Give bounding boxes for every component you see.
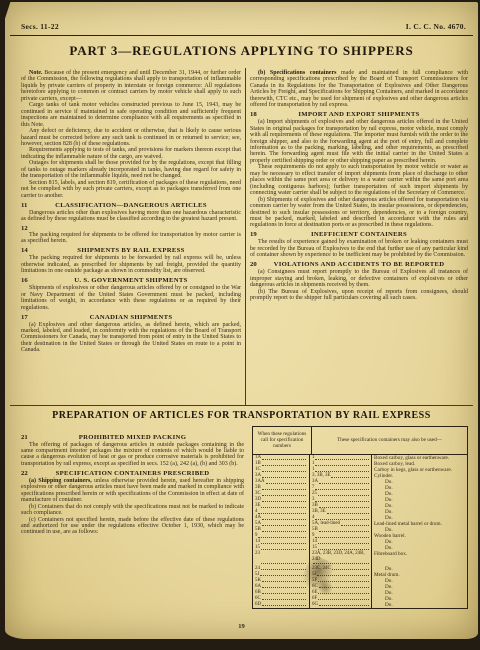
paragraph: (b) Shipments of explosives and other da… — [250, 197, 468, 229]
dotted-leader — [332, 566, 369, 571]
header-rule — [10, 35, 473, 36]
dotted-leader — [262, 596, 306, 601]
section-heading-16: 16U. S. GOVERNMENT SHIPMENTS — [21, 277, 241, 284]
paragraph: These requirements do not apply to such … — [250, 164, 468, 196]
dotted-leader — [341, 521, 369, 526]
specification-containers-table: When these regulations call for specific… — [252, 426, 468, 609]
dotted-leader — [262, 602, 306, 607]
running-header: Secs. 11-22 I. C. C. No. 4670. — [21, 22, 466, 31]
table-row: 6D6GDo. — [253, 602, 467, 608]
dotted-leader — [262, 527, 306, 532]
section-divider-rule — [10, 405, 473, 406]
paragraph: The packing required for shipments to be… — [21, 255, 241, 274]
paragraph: Any defect or deficiency, due to acciden… — [21, 128, 241, 147]
section-heading-text: U. S. GOVERNMENT SHIPMENTS — [74, 277, 187, 284]
section-heading-text: SPECIFICATION CONTAINERS PRESCRIBED — [56, 470, 210, 477]
section-heading-19: 19INEFFICIENT CONTAINERS — [250, 231, 468, 238]
section-heading-text: PROHIBITED MIXED PACKING — [79, 434, 186, 441]
dotted-leader — [262, 497, 306, 502]
dotted-leader — [261, 539, 306, 544]
dotted-leader — [331, 473, 369, 478]
section-heading-text: INEFFICIENT CONTAINERS — [311, 231, 407, 238]
section-heading-17: 17CANADIAN SHIPMENTS — [21, 314, 241, 321]
table-header-call-numbers: When these regulations call for specific… — [253, 427, 312, 454]
paragraph: Section 815, labels, and section 819, ce… — [21, 180, 241, 199]
section-heading-text: IMPORT AND EXPORT SHIPMENTS — [298, 111, 419, 118]
section-number: 16 — [21, 277, 28, 284]
paragraph-lead: (b) Specifications containers — [258, 70, 341, 76]
section-number: 11 — [21, 202, 27, 209]
section-heading-text: CLASSIFICATION—DANGEROUS ARTICLES — [55, 202, 207, 209]
dotted-leader — [261, 551, 306, 564]
section-heading-21: 21PROHIBITED MIXED PACKING — [21, 434, 244, 441]
dotted-leader — [319, 602, 369, 607]
paragraph: Outages for shipments shall be those pro… — [21, 160, 241, 179]
dotted-leader — [262, 473, 306, 478]
section-number: 12 — [21, 225, 241, 232]
table-row: 2323A, 23B, 23D, 24A, 24B, 24DFibreboard… — [253, 551, 467, 566]
dotted-leader — [315, 515, 369, 520]
header-icc-number: I. C. C. No. 4670. — [406, 22, 466, 31]
dotted-leader — [262, 590, 306, 595]
page-number: 19 — [5, 623, 478, 630]
dotted-leader — [319, 479, 369, 484]
section-number: 19 — [250, 231, 257, 238]
call-number-text: 6D — [255, 602, 261, 608]
header-sections-range: Secs. 11-22 — [21, 22, 59, 31]
dotted-leader — [315, 533, 369, 538]
left-column: Note. Because of the present emergency a… — [21, 70, 241, 354]
paragraph: (a) Import shipments of explosives and o… — [250, 119, 468, 164]
section-heading-text: VIOLATIONS AND ACCIDENTS TO BE REPORTED — [274, 261, 445, 268]
paragraph: The results of experience gained by exam… — [250, 239, 468, 258]
section-number: 21 — [21, 434, 28, 441]
section-heading-11: 11CLASSIFICATION—DANGEROUS ARTICLES — [21, 202, 241, 209]
bottom-left-column: 21PROHIBITED MIXED PACKINGThe offering o… — [21, 431, 244, 536]
section-number: 17 — [21, 314, 28, 321]
document-page: Secs. 11-22 I. C. C. No. 4670. PART 3—RE… — [5, 2, 478, 639]
dotted-leader — [262, 515, 306, 520]
dotted-leader — [262, 455, 306, 460]
paragraph: Dangerous articles other than explosives… — [21, 210, 241, 223]
dotted-leader — [319, 503, 369, 508]
dotted-leader — [262, 521, 306, 526]
dotted-leader — [260, 572, 306, 577]
table-header-row: When these regulations call for specific… — [253, 427, 467, 455]
section-number: 18 — [250, 111, 257, 118]
table-header-containers: These specification containers may also … — [312, 427, 467, 454]
dotted-leader — [261, 503, 306, 508]
section-heading-text: CANADIAN SHIPMENTS — [90, 314, 173, 321]
paragraph-lead: Note. — [29, 70, 44, 76]
paragraph: (b) The Bureau of Explosives, upon recei… — [250, 289, 468, 302]
dotted-leader — [318, 491, 369, 496]
section-heading-20: 20VIOLATIONS AND ACCIDENTS TO BE REPORTE… — [250, 261, 468, 268]
dotted-leader — [318, 545, 369, 550]
dotted-leader — [261, 566, 306, 571]
column-divider-rule — [245, 68, 246, 405]
paragraph: (b) Specifications containers made and m… — [250, 70, 468, 109]
call-number-text: 23 — [255, 551, 260, 566]
paragraph: Requirements applying to tests of tanks,… — [21, 147, 241, 160]
dotted-leader — [262, 491, 306, 496]
cell-call-number: 6D — [253, 602, 310, 608]
paragraph: The offering of packages of dangerous ar… — [21, 442, 244, 468]
paragraph: The packing required for shipments to be… — [21, 232, 241, 245]
table-body: 1A1Boxed carboy, glass or earthenware.1B… — [253, 455, 467, 608]
preparation-section-title: PREPARATION OF ARTICLES FOR TRANSPORTATI… — [5, 410, 478, 421]
section-heading-18: 18IMPORT AND EXPORT SHIPMENTS — [250, 111, 468, 118]
section-number: 20 — [250, 261, 257, 268]
dotted-leader — [258, 533, 306, 538]
ink-stain — [315, 577, 334, 598]
cell-container-description: Do. — [372, 602, 467, 608]
paragraph: (a) Consignees must report promptly to t… — [250, 269, 468, 288]
paragraph: Note. Because of the present emergency a… — [21, 70, 241, 102]
dotted-leader — [315, 455, 369, 460]
paragraph: (a) Explosives and other dangerous artic… — [21, 322, 241, 354]
dotted-leader — [315, 467, 369, 472]
paragraph: Cargo tanks of tank motor vehicles const… — [21, 102, 241, 128]
section-heading-14: 14SHIPMENTS BY RAIL EXPRESS — [21, 247, 241, 254]
photo-corner-shadow — [0, 0, 11, 34]
dotted-leader — [319, 527, 369, 532]
dotted-leader — [318, 539, 369, 544]
cell-alternate-spec: 6G — [310, 602, 372, 608]
dotted-leader — [318, 596, 369, 601]
dotted-leader — [315, 497, 369, 502]
section-number: 22 — [21, 470, 28, 477]
dotted-leader — [262, 485, 306, 490]
dotted-leader — [258, 509, 306, 514]
cell-container-description: Fibreboard box. — [372, 551, 467, 566]
dotted-leader — [266, 479, 306, 484]
cell-call-number: 23 — [253, 551, 310, 566]
alternate-spec-text: 6G — [312, 602, 318, 608]
paragraph: (a) Shipping containers, unless otherwis… — [21, 478, 244, 504]
section-heading-text: SHIPMENTS BY RAIL EXPRESS — [77, 247, 184, 254]
part-title: PART 3—REGULATIONS APPLYING TO SHIPPERS — [5, 43, 478, 59]
dotted-leader — [315, 485, 369, 490]
paragraph: (c) Containers not specified herein, mad… — [21, 517, 244, 536]
paragraph: Shipments of explosives or other dangero… — [21, 285, 241, 311]
section-heading-22: 22SPECIFICATION CONTAINERS PRESCRIBED — [21, 470, 244, 477]
dotted-leader — [327, 509, 369, 514]
dotted-leader — [262, 467, 306, 472]
paragraph-lead: (a) Shipping containers, — [29, 478, 94, 484]
dotted-leader — [262, 461, 306, 466]
paragraph: (b) Containers that do not comply with t… — [21, 504, 244, 517]
right-column: (b) Specifications containers made and m… — [250, 70, 468, 302]
section-number: 14 — [21, 247, 28, 254]
scanned-regulation-page: { "page": { "header_left": "Secs. 11-22"… — [0, 0, 480, 650]
dotted-leader — [315, 461, 369, 466]
dotted-leader — [261, 545, 306, 550]
